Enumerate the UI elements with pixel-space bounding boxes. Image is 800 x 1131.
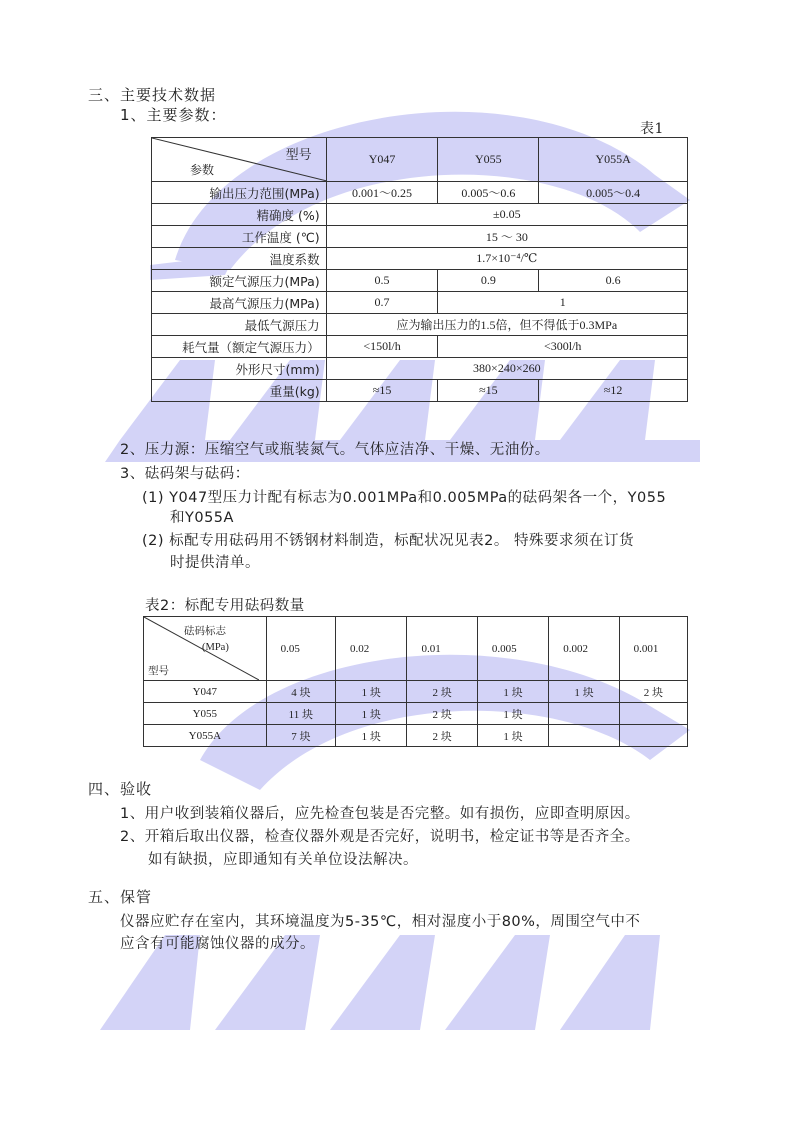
cell: 7 块 (266, 725, 335, 747)
table-row: 耗气量（额定气源压力） <150l/h <300l/h (152, 336, 688, 358)
row-label: 最低气源压力 (152, 314, 327, 336)
weight-column-header: 0.01 (407, 617, 477, 681)
cell (549, 703, 619, 725)
row-label: 外形尺寸(mm) (152, 358, 327, 380)
cell: 1 块 (477, 681, 548, 703)
row-label: 输出压力范围(MPa) (152, 182, 327, 204)
cell: 应为输出压力的1.5倍，但不得低于0.3MPa (326, 314, 687, 336)
corner-weight-label: 砝码标志 (184, 623, 226, 638)
table-row: 最低气源压力 应为输出压力的1.5倍，但不得低于0.3MPa (152, 314, 688, 336)
corner-unit-label: (MPa) (202, 642, 229, 653)
weights-item-2: (2) 标配专用砝码用不锈钢材料制造，标配状况见表2。 特殊要求须在订货 (142, 529, 634, 550)
weight-column-header: 0.005 (477, 617, 548, 681)
cell: 1 (438, 292, 688, 314)
main-params-heading: 1、主要参数： (120, 104, 227, 125)
table-row: 工作温度 (℃) 15 ～ 30 (152, 226, 688, 248)
cell: 2 块 (407, 725, 477, 747)
row-label: 耗气量（额定气源压力） (152, 336, 327, 358)
cell: 0.001～0.25 (326, 182, 438, 204)
storage-text-line-1: 仪器应贮存在室内，其环境温度为5-35℃，相对湿度小于80%，周围空气中不 (120, 910, 640, 931)
weight-column-header: 0.02 (335, 617, 406, 681)
cell: ≈15 (326, 380, 438, 402)
acceptance-item-1: 1、用户收到装箱仪器后，应先检查包装是否完整。如有损伤，应即查明原因。 (120, 802, 640, 823)
corner-model-label: 型号 (148, 663, 169, 678)
cell: 1 块 (549, 681, 619, 703)
table-row: 输出压力范围(MPa) 0.001～0.25 0.005～0.6 0.005～0… (152, 182, 688, 204)
table-row: 额定气源压力(MPa) 0.5 0.9 0.6 (152, 270, 688, 292)
cell: 2 块 (407, 703, 477, 725)
weight-column-header: 0.001 (619, 617, 687, 681)
cell: ≈15 (438, 380, 539, 402)
table1-corner-cell: 型号 参数 (152, 138, 327, 182)
table-row: 温度系数 1.7×10⁻⁴/℃ (152, 248, 688, 270)
table1-caption: 表1 (640, 118, 664, 138)
section-4-title: 四、验收 (88, 778, 152, 799)
table-row: 精确度 (%) ±0.05 (152, 204, 688, 226)
standard-weights-table: 砝码标志 (MPa) 型号 0.05 0.02 0.01 0.005 0.002… (143, 616, 688, 747)
storage-text-line-2: 应含有可能腐蚀仪器的成分。 (120, 932, 315, 953)
acceptance-item-2: 2、开箱后取出仪器，检查仪器外观是否完好，说明书，检定证书等是否齐全。 (120, 825, 640, 846)
cell: 0.005～0.4 (539, 182, 688, 204)
cell: <150l/h (326, 336, 438, 358)
cell: 2 块 (407, 681, 477, 703)
table-row: 最高气源压力(MPa) 0.7 1 (152, 292, 688, 314)
weights-item-1-cont: 和Y055A (170, 506, 234, 527)
weights-item-2-cont: 时提供清单。 (170, 551, 260, 572)
cell (619, 725, 687, 747)
row-label: 温度系数 (152, 248, 327, 270)
pressure-source-text: 2、压力源：压缩空气或瓶装氮气。气体应洁净、干燥、无油份。 (120, 438, 550, 459)
cell: 4 块 (266, 681, 335, 703)
table2-header-row: 砝码标志 (MPa) 型号 0.05 0.02 0.01 0.005 0.002… (144, 617, 688, 681)
cell: 380×240×260 (326, 358, 687, 380)
acceptance-item-2-cont: 如有缺损，应即通知有关单位设法解决。 (148, 848, 418, 869)
cell: 1 块 (477, 725, 548, 747)
model-header: Y055A (539, 138, 688, 182)
cell: 1 块 (335, 725, 406, 747)
section-5-title: 五、保管 (88, 886, 152, 907)
cell: 1 块 (335, 703, 406, 725)
weights-item-1: (1) Y047型压力计配有标志为0.001MPa和0.005MPa的砝码架各一… (142, 486, 666, 507)
weights-heading: 3、砝码架与砝码： (120, 462, 250, 483)
table2-corner-cell: 砝码标志 (MPa) 型号 (144, 617, 267, 681)
table-row: 外形尺寸(mm) 380×240×260 (152, 358, 688, 380)
model-header: Y055 (438, 138, 539, 182)
cell: 15 ～ 30 (326, 226, 687, 248)
table-row: Y055 11 块 1 块 2 块 1 块 (144, 703, 688, 725)
cell: 0.9 (438, 270, 539, 292)
cell: <300l/h (438, 336, 688, 358)
cell: 0.5 (326, 270, 438, 292)
row-label: 重量(kg) (152, 380, 327, 402)
table2-caption: 表2：标配专用砝码数量 (145, 594, 305, 615)
model-header: Y047 (326, 138, 438, 182)
corner-model-label: 型号 (286, 144, 312, 163)
cell (549, 725, 619, 747)
model-cell: Y055A (144, 725, 267, 747)
cell: 1 块 (477, 703, 548, 725)
row-label: 工作温度 (℃) (152, 226, 327, 248)
table-row: Y047 4 块 1 块 2 块 1 块 1 块 2 块 (144, 681, 688, 703)
cell: 1 块 (335, 681, 406, 703)
table-row: Y055A 7 块 1 块 2 块 1 块 (144, 725, 688, 747)
corner-param-label: 参数 (190, 161, 214, 178)
table1-header-row: 型号 参数 Y047 Y055 Y055A (152, 138, 688, 182)
cell: 0.005～0.6 (438, 182, 539, 204)
model-cell: Y047 (144, 681, 267, 703)
weight-column-header: 0.05 (266, 617, 335, 681)
document-page: 三、主要技术数据 1、主要参数： 表1 型号 参数 Y047 Y055 Y055… (0, 0, 800, 1131)
cell: 11 块 (266, 703, 335, 725)
weight-column-header: 0.002 (549, 617, 619, 681)
row-label: 精确度 (%) (152, 204, 327, 226)
section-3-title: 三、主要技术数据 (88, 84, 216, 105)
table-row: 重量(kg) ≈15 ≈15 ≈12 (152, 380, 688, 402)
cell (619, 703, 687, 725)
row-label: 最高气源压力(MPa) (152, 292, 327, 314)
cell: 0.7 (326, 292, 438, 314)
cell: 2 块 (619, 681, 687, 703)
cell: ±0.05 (326, 204, 687, 226)
model-cell: Y055 (144, 703, 267, 725)
cell: ≈12 (539, 380, 688, 402)
cell: 1.7×10⁻⁴/℃ (326, 248, 687, 270)
row-label: 额定气源压力(MPa) (152, 270, 327, 292)
cell: 0.6 (539, 270, 688, 292)
main-params-table: 型号 参数 Y047 Y055 Y055A 输出压力范围(MPa) 0.001～… (151, 137, 688, 402)
